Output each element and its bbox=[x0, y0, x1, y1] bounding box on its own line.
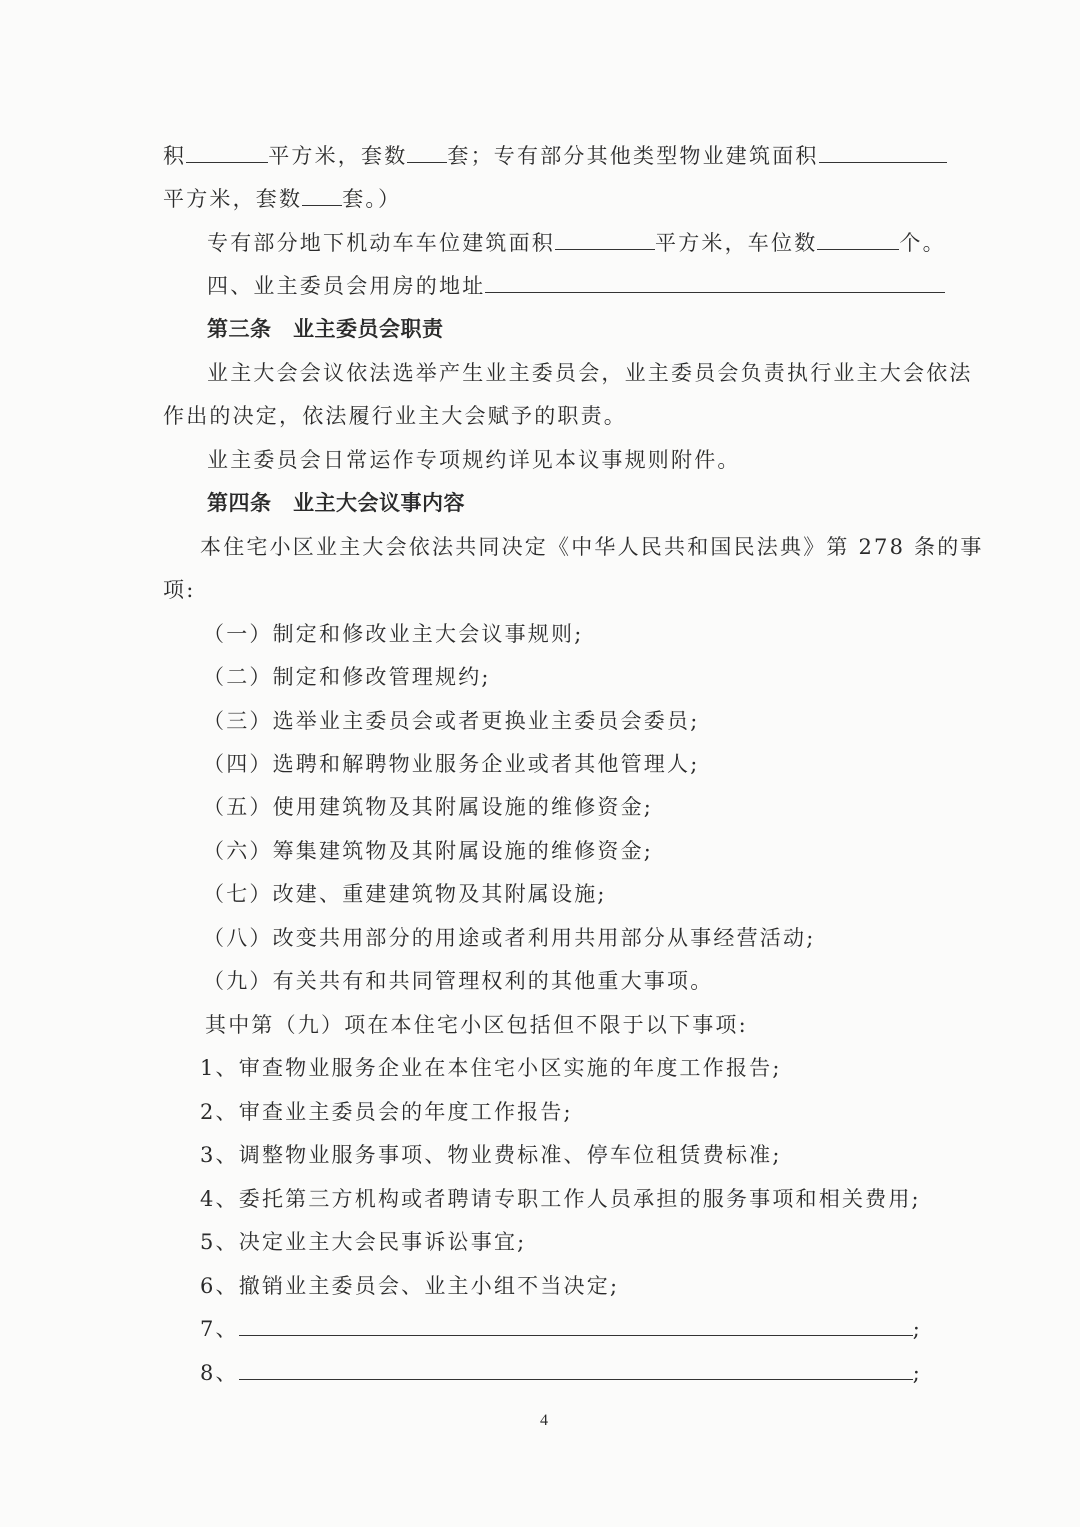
text: 8、 bbox=[200, 1361, 239, 1385]
fill-blank bbox=[302, 185, 342, 206]
text-line: 作出的决定，依法履行业主大会赋予的职责。 bbox=[163, 401, 627, 431]
text: 平方米，套数 bbox=[163, 187, 302, 211]
numbered-item: 8、; bbox=[200, 1358, 922, 1388]
text: 平方米，套数 bbox=[268, 144, 407, 168]
text-line: 平方米，套数套。） bbox=[163, 184, 401, 214]
article-4-heading: 第四条 业主大会议事内容 bbox=[207, 488, 465, 518]
numbered-item: 2、审查业主委员会的年度工作报告; bbox=[200, 1097, 573, 1127]
text: 专有部分地下机动车车位建筑面积 bbox=[207, 231, 555, 255]
list-item: （五）使用建筑物及其附属设施的维修资金; bbox=[203, 792, 653, 822]
list-item: （一）制定和修改业主大会议事规则; bbox=[203, 619, 583, 649]
fill-blank bbox=[186, 142, 268, 163]
text: 积 bbox=[163, 144, 186, 168]
text-line: 其中第（九）项在本住宅小区包括但不限于以下事项: bbox=[205, 1010, 748, 1040]
list-item: （八）改变共用部分的用途或者利用共用部分从事经营活动; bbox=[203, 923, 815, 953]
list-item: （三）选举业主委员会或者更换业主委员会委员; bbox=[203, 706, 699, 736]
fill-blank bbox=[555, 229, 655, 250]
fill-blank bbox=[407, 142, 447, 163]
text-line: 积平方米，套数套；专有部分其他类型物业建筑面积 bbox=[163, 141, 947, 171]
list-item: （二）制定和修改管理规约; bbox=[203, 662, 491, 692]
page-number: 4 bbox=[540, 1412, 548, 1430]
list-item: （六）筹集建筑物及其附属设施的维修资金; bbox=[203, 836, 653, 866]
text: 套。） bbox=[342, 187, 401, 211]
article-3-heading: 第三条 业主委员会职责 bbox=[207, 314, 444, 344]
numbered-item: 7、; bbox=[200, 1314, 922, 1344]
numbered-item: 3、调整物业服务事项、物业费标准、停车位租赁费标准; bbox=[200, 1140, 782, 1170]
list-item: （九）有关共有和共同管理权利的其他重大事项。 bbox=[203, 966, 713, 996]
fill-blank bbox=[485, 272, 945, 293]
fill-blank bbox=[819, 142, 947, 163]
numbered-item: 5、决定业主大会民事诉讼事宜; bbox=[200, 1227, 526, 1257]
text: 四、业主委员会用房的地址 bbox=[207, 274, 485, 298]
text: 套；专有部分其他类型物业建筑面积 bbox=[447, 144, 818, 168]
numbered-item: 4、委托第三方机构或者聘请专职工作人员承担的服务事项和相关费用; bbox=[200, 1184, 921, 1214]
document-page: 积平方米，套数套；专有部分其他类型物业建筑面积 平方米，套数套。） 专有部分地下… bbox=[0, 0, 1080, 1527]
text: 7、 bbox=[200, 1317, 239, 1341]
fill-blank bbox=[239, 1359, 913, 1380]
text: 个。 bbox=[899, 231, 945, 255]
text-line: 业主大会会议依法选举产生业主委员会，业主委员会负责执行业主大会依法 bbox=[207, 358, 973, 388]
numbered-item: 6、撤销业主委员会、业主小组不当决定; bbox=[200, 1271, 619, 1301]
text-line: 专有部分地下机动车车位建筑面积平方米，车位数个。 bbox=[207, 228, 946, 258]
numbered-item: 1、审查物业服务企业在本住宅小区实施的年度工作报告; bbox=[200, 1053, 782, 1083]
text: ; bbox=[913, 1361, 922, 1385]
text-line: 本住宅小区业主大会依法共同决定《中华人民共和国民法典》第 278 条的事 bbox=[200, 532, 984, 562]
text-line: 四、业主委员会用房的地址 bbox=[207, 271, 945, 301]
text-line: 业主委员会日常运作专项规约详见本议事规则附件。 bbox=[207, 445, 741, 475]
text-line: 项: bbox=[163, 575, 195, 605]
fill-blank bbox=[817, 229, 899, 250]
text: 平方米，车位数 bbox=[655, 231, 817, 255]
list-item: （四）选聘和解聘物业服务企业或者其他管理人; bbox=[203, 749, 699, 779]
list-item: （七）改建、重建建筑物及其附属设施; bbox=[203, 879, 607, 909]
fill-blank bbox=[239, 1315, 913, 1336]
text: ; bbox=[913, 1317, 922, 1341]
